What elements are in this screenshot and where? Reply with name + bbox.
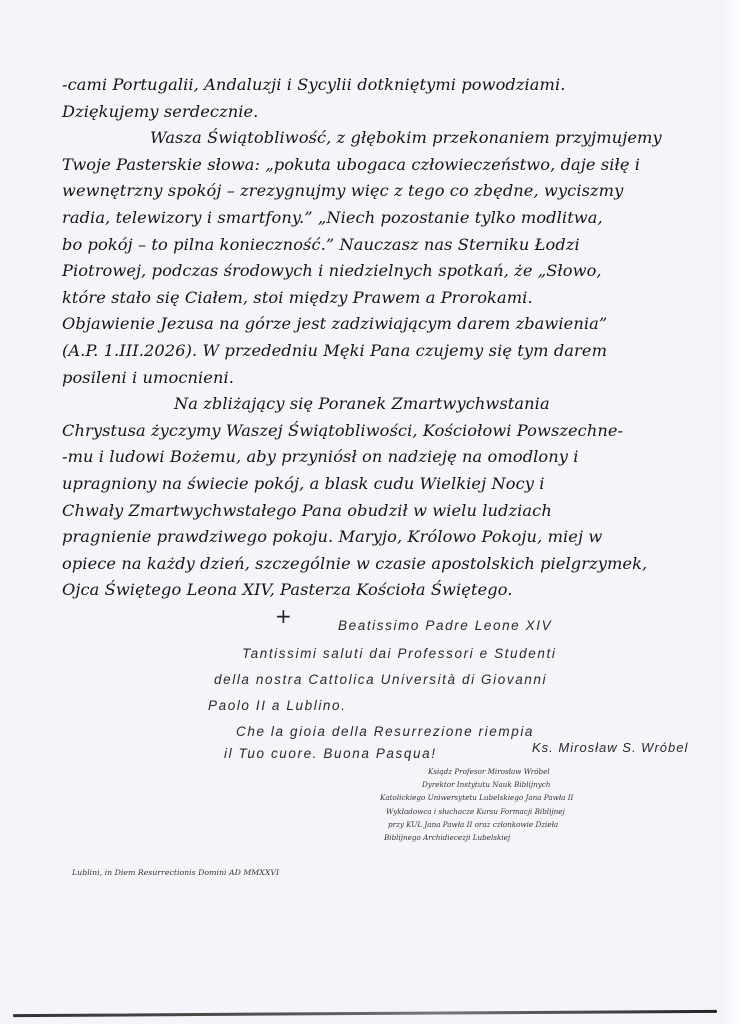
stamp-line: Ksiądz Profesor Mirosław Wróbel bbox=[380, 765, 620, 778]
italian-salutation: Beatissimo Padre Leone XIV bbox=[338, 618, 552, 633]
italian-line: della nostra Cattolica Università di Gio… bbox=[214, 672, 547, 687]
letter-line: Dziękujemy serdecznie. bbox=[62, 99, 702, 126]
stamp-line: Katolickiego Uniwersytetu Lubelskiego Ja… bbox=[380, 791, 620, 804]
handwritten-signature: Ks. Mirosław S. Wróbel bbox=[532, 740, 688, 755]
bottom-divider bbox=[13, 1010, 717, 1017]
letter-line: Chrystusa życzymy Waszej Świątobliwości,… bbox=[62, 418, 702, 445]
italian-line: Tantissimi saluti dai Professori e Stude… bbox=[242, 646, 556, 661]
letter-line: Piotrowej, podczas środowych i niedzieln… bbox=[62, 258, 702, 285]
scan-page-edge bbox=[723, 0, 745, 1024]
letter-line: Ojca Świętego Leona XIV, Pasterza Kościo… bbox=[62, 577, 702, 604]
letter-line: Wasza Świątobliwość, z głębokim przekona… bbox=[62, 125, 702, 152]
signature-stamp: Ksiądz Profesor Mirosław Wróbel Dyrektor… bbox=[380, 765, 620, 844]
letter-line: -cami Portugalii, Andaluzji i Sycylii do… bbox=[62, 72, 702, 99]
letter-line: wewnętrzny spokój – zrezygnujmy więc z t… bbox=[62, 178, 702, 205]
letter-line: Chwały Zmartwychwstałego Pana obudził w … bbox=[62, 498, 702, 525]
letter-line: bo pokój – to pilna konieczność.” Naucza… bbox=[62, 232, 702, 259]
stamp-line: Biblijnego Archidiecezji Lubelskiej bbox=[380, 831, 620, 844]
cross-icon: + bbox=[275, 604, 292, 628]
letter-line: opiece na każdy dzień, szczególnie w cza… bbox=[62, 551, 702, 578]
letter-line: -mu i ludowi Bożemu, aby przyniósł on na… bbox=[62, 444, 702, 471]
letter-body: -cami Portugalii, Andaluzji i Sycylii do… bbox=[62, 72, 702, 604]
stamp-line: Dyrektor Instytutu Nauk Biblijnych bbox=[380, 778, 620, 791]
stamp-line: przy KUL Jana Pawła II oraz członkowie D… bbox=[380, 818, 620, 831]
letter-line: posileni i umocnieni. bbox=[62, 365, 702, 392]
letter-line: (A.P. 1.III.2026). W przededniu Męki Pan… bbox=[62, 338, 702, 365]
letter-line: Twoje Pasterskie słowa: „pokuta ubogaca … bbox=[62, 152, 702, 179]
stamp-line: Wykładowca i słuchacze Kursu Formacji Bi… bbox=[380, 805, 620, 818]
italian-line: Paolo II a Lublino. bbox=[208, 698, 346, 713]
letter-line: Objawienie Jezusa na górze jest zadziwia… bbox=[62, 311, 702, 338]
letter-line: które stało się Ciałem, stoi między Praw… bbox=[62, 285, 702, 312]
italian-line: Che la gioia della Resurrezione riempia bbox=[236, 724, 534, 739]
letter-line: upragniony na świecie pokój, a blask cud… bbox=[62, 471, 702, 498]
letter-line: Na zbliżający się Poranek Zmartwychwstan… bbox=[62, 391, 702, 418]
letter-line: radia, telewizory i smartfony.” „Niech p… bbox=[62, 205, 702, 232]
italian-line: il Tuo cuore. Buona Pasqua! bbox=[224, 746, 437, 761]
letter-line: pragnienie prawdziwego pokoju. Maryjo, K… bbox=[62, 524, 702, 551]
place-date: Lublini, in Diem Resurrectionis Domini A… bbox=[72, 868, 279, 877]
